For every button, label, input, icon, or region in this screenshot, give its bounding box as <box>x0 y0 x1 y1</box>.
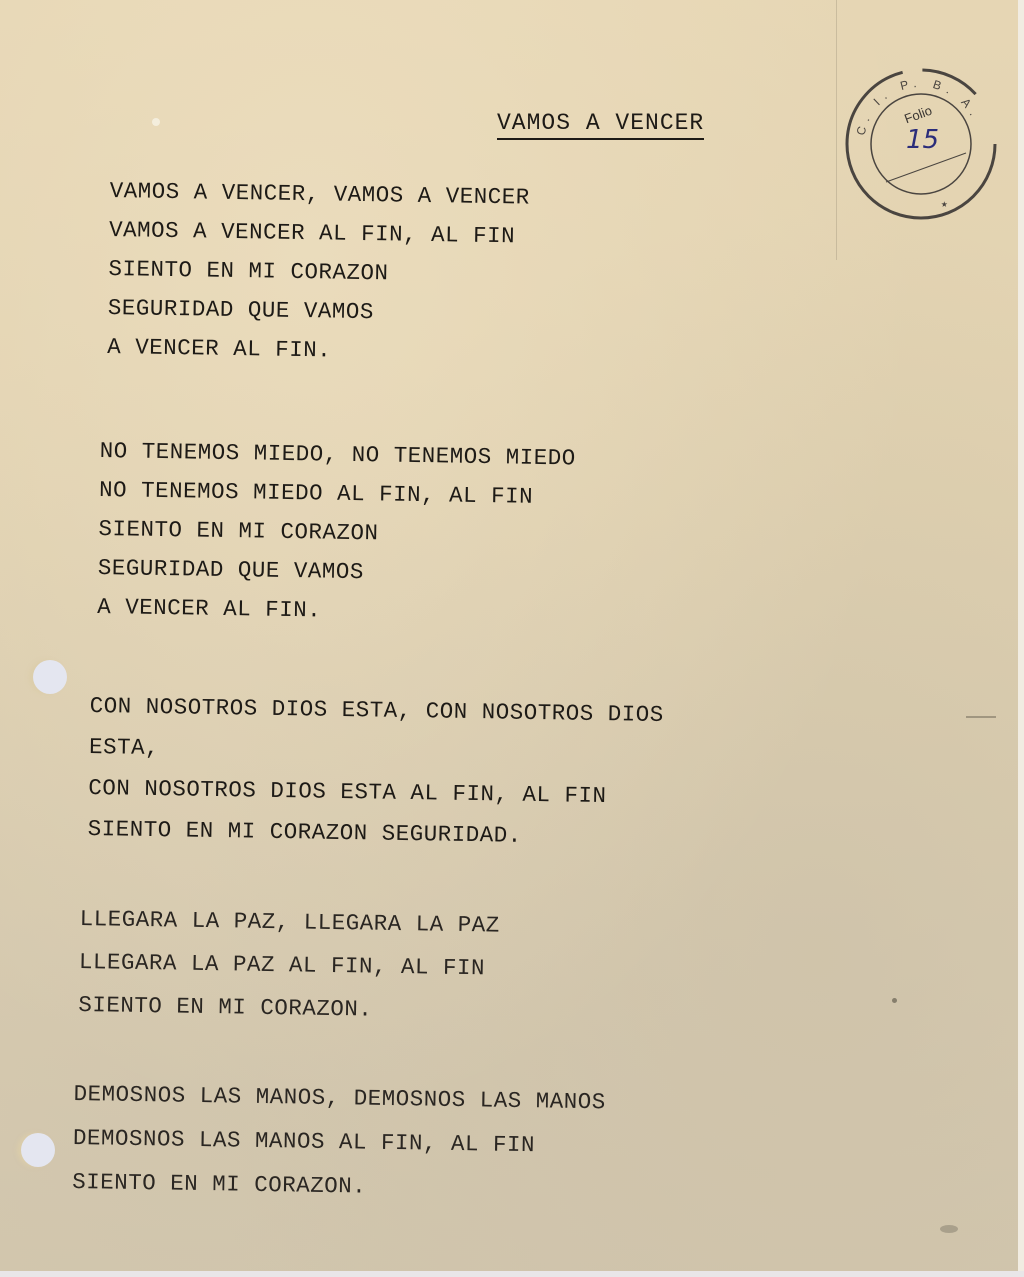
punch-hole <box>21 1133 55 1167</box>
archive-stamp: C. I. P. B. A. ★ Folio 15 <box>842 65 1000 223</box>
verse-line: SIENTO EN MI CORAZON. <box>72 1160 605 1212</box>
page-edge-right <box>1018 0 1024 1277</box>
verse-line: A VENCER AL FIN. <box>97 588 574 634</box>
paper-speck <box>966 716 996 718</box>
verse-line: A VENCER AL FIN. <box>107 328 528 374</box>
stanza-1: VAMOS A VENCER, VAMOS A VENCER VAMOS A V… <box>107 172 530 374</box>
stanza-5: DEMOSNOS LAS MANOS, DEMOSNOS LAS MANOS D… <box>72 1072 606 1212</box>
verse-line: LLEGARA LA PAZ, LLEGARA LA PAZ <box>79 898 500 948</box>
stanza-2: NO TENEMOS MIEDO, NO TENEMOS MIEDO NO TE… <box>97 432 576 634</box>
paper-speck <box>152 118 160 126</box>
verse-line: SEGURIDAD QUE VAMOS <box>108 289 529 335</box>
stanza-4: LLEGARA LA PAZ, LLEGARA LA PAZ LLEGARA L… <box>78 898 500 1034</box>
star-icon: ★ <box>941 199 948 211</box>
page-edge-bottom <box>0 1271 1024 1277</box>
verse-line: LLEGARA LA PAZ AL FIN, AL FIN <box>79 941 500 991</box>
fold-line <box>836 0 837 260</box>
stanza-3: CON NOSOTROS DIOS ESTA, CON NOSOTROS DIO… <box>87 686 664 859</box>
document-page: C. I. P. B. A. ★ Folio 15 VAMOS A VENCER… <box>0 0 1024 1277</box>
verse-line: VAMOS A VENCER AL FIN, AL FIN <box>109 211 530 257</box>
paper-speck <box>892 998 897 1003</box>
paper-speck <box>940 1225 958 1233</box>
punch-hole <box>33 660 67 694</box>
document-title: VAMOS A VENCER <box>497 110 704 140</box>
verse-line: SIENTO EN MI CORAZON. <box>78 984 499 1034</box>
verse-line: SIENTO EN MI CORAZON <box>108 250 529 296</box>
stamp-folio-number: 15 <box>906 125 939 155</box>
verse-line: VAMOS A VENCER, VAMOS A VENCER <box>109 172 530 218</box>
